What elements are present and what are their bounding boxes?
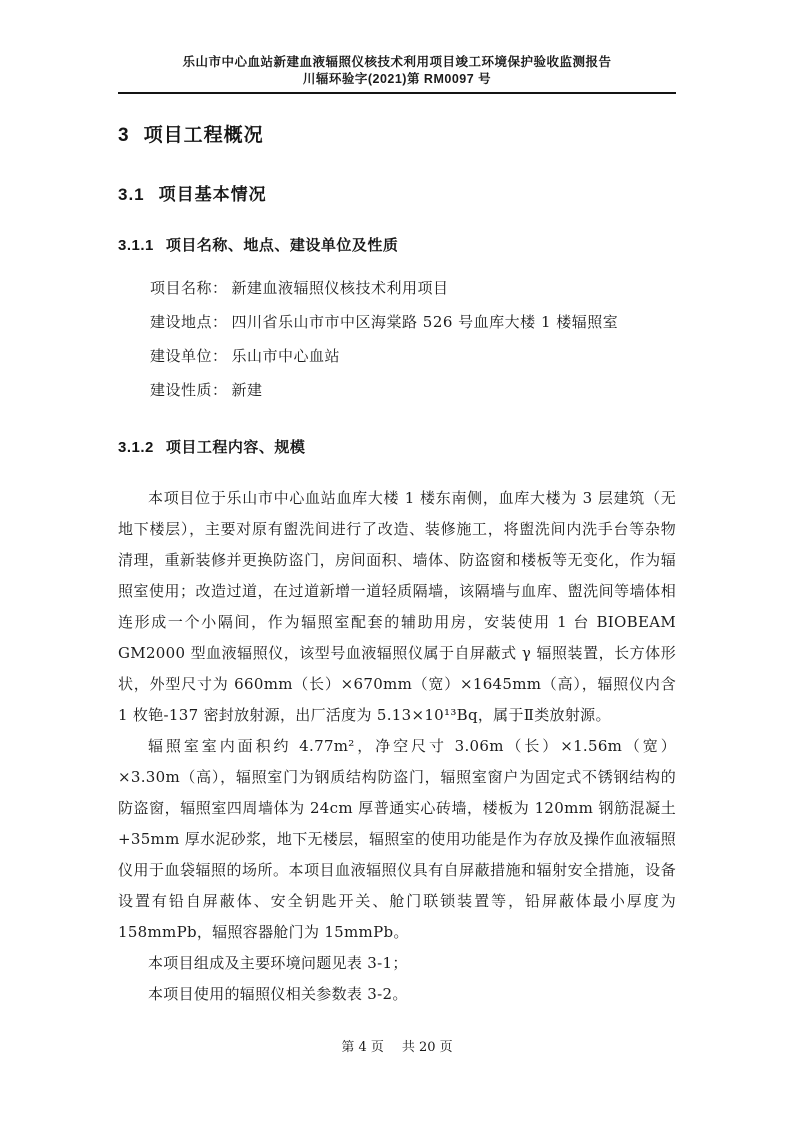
info-value-location: 四川省乐山市市中区海棠路 526 号血库大楼 1 楼辐照室 [232,313,619,331]
subsection-312-title: 项目工程内容、规模 [166,439,306,456]
running-header: 乐山市中心血站新建血液辐照仪核技术利用项目竣工环境保护验收监测报告 川辐环验字(… [118,0,676,94]
body-text: 本项目位于乐山市中心血站血库大楼 1 楼东南侧，血库大楼为 3 层建筑（无地下楼… [118,483,676,1010]
paragraph-table-ref-2: 本项目使用的辐照仪相关参数表 3-2。 [118,979,676,1010]
info-label-location: 建设地点： [150,313,228,331]
paragraph-room-description: 辐照室室内面积约 4.77m²，净空尺寸 3.06m（长）×1.56m（宽）×3… [118,731,676,948]
list-item: 建设性质：新建 [150,373,676,407]
paragraph-table-ref-1: 本项目组成及主要环境问题见表 3-1； [118,948,676,979]
subsection-311-number: 3.1.1 [118,237,154,255]
chapter-number: 3 [118,125,130,147]
page-footer: 第 4 页共 20 页 [0,1036,794,1055]
list-item: 项目名称：新建血液辐照仪核技术利用项目 [150,271,676,305]
paragraph-project-description: 本项目位于乐山市中心血站血库大楼 1 楼东南侧，血库大楼为 3 层建筑（无地下楼… [118,483,676,731]
section-number: 3.1 [118,185,145,205]
footer-page-number: 第 4 页 [341,1040,384,1055]
info-label-project-name: 项目名称： [150,279,228,297]
header-report-title: 乐山市中心血站新建血液辐照仪核技术利用项目竣工环境保护验收监测报告 [118,54,676,71]
chapter-heading: 3项目工程概况 [118,125,676,147]
subsection-heading-311: 3.1.1项目名称、地点、建设单位及性质 [118,237,676,255]
info-value-builder: 乐山市中心血站 [232,347,341,365]
info-label-builder: 建设单位： [150,347,228,365]
subsection-312-number: 3.1.2 [118,439,154,457]
page-content: 乐山市中心血站新建血液辐照仪核技术利用项目竣工环境保护验收监测报告 川辐环验字(… [0,0,794,1010]
project-info-list: 项目名称：新建血液辐照仪核技术利用项目 建设地点：四川省乐山市市中区海棠路 52… [150,271,676,407]
section-title: 项目基本情况 [159,185,267,204]
subsection-311-title: 项目名称、地点、建设单位及性质 [166,237,399,254]
info-value-nature: 新建 [232,381,263,399]
footer-total-pages: 共 20 页 [402,1040,453,1055]
chapter-title: 项目工程概况 [144,125,264,146]
list-item: 建设地点：四川省乐山市市中区海棠路 526 号血库大楼 1 楼辐照室 [150,305,676,339]
subsection-heading-312: 3.1.2项目工程内容、规模 [118,439,676,457]
info-value-project-name: 新建血液辐照仪核技术利用项目 [232,279,449,297]
section-heading: 3.1项目基本情况 [118,185,676,205]
document-page: 乐山市中心血站新建血液辐照仪核技术利用项目竣工环境保护验收监测报告 川辐环验字(… [0,0,794,1123]
info-label-nature: 建设性质： [150,381,228,399]
list-item: 建设单位：乐山市中心血站 [150,339,676,373]
header-document-number: 川辐环验字(2021)第 RM0097 号 [118,71,676,88]
